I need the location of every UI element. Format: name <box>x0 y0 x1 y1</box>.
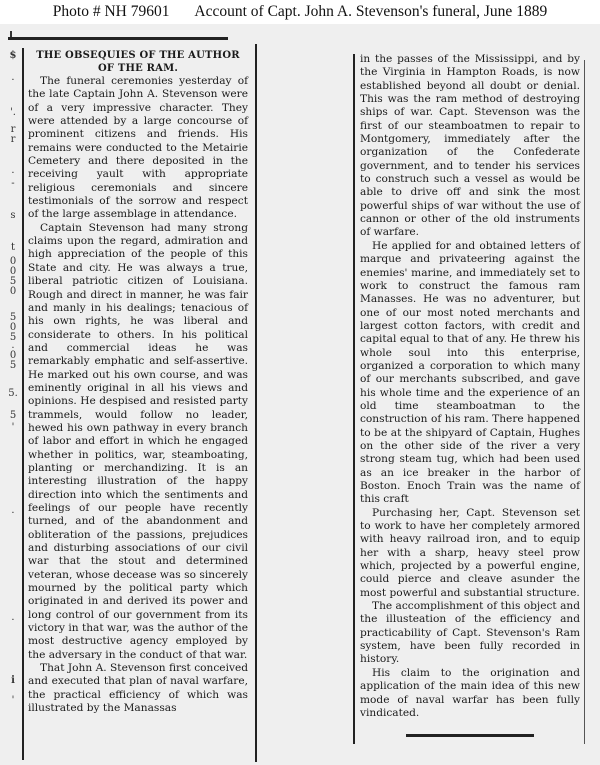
article-left-column: THE OBSEQUIES OF THE AUTHOR OF THE RAM. … <box>28 49 248 716</box>
article-paragraph: That John A. Stevenson first conceived a… <box>28 662 248 715</box>
article-paragraph: Purchasing her, Capt. Stevenson set to w… <box>360 507 580 600</box>
margin-mark: 5 <box>6 360 20 372</box>
photo-label: Photo # <box>53 3 101 20</box>
article-paragraph: He applied for and obtained letters of m… <box>360 240 580 507</box>
article-paragraph: The funeral ceremonies yesterday of the … <box>28 75 248 222</box>
photo-caption: Photo # NH 79601 Account of Capt. John A… <box>0 0 600 24</box>
left-column-rule-left <box>22 48 24 760</box>
article-paragraph: The accomplishment of this object and th… <box>360 600 580 667</box>
top-rule-tick <box>10 31 12 37</box>
article-right-column: in the passes of the Mississippi, and by… <box>360 53 580 720</box>
margin-mark: 0 <box>6 286 20 298</box>
margin-mark: 5. <box>6 388 20 400</box>
right-column-rule-left <box>353 54 355 744</box>
photo-id: NH 79601 <box>104 3 169 20</box>
margin-mark: t <box>6 242 20 254</box>
article-paragraph: His claim to the origination and applica… <box>360 667 580 720</box>
margin-mark: ' <box>6 695 20 707</box>
article-headline: THE OBSEQUIES OF THE AUTHOR OF THE RAM. <box>28 49 248 75</box>
margin-mark: 5 <box>6 410 20 422</box>
margin-mark: - <box>6 178 20 190</box>
article-paragraph: Captain Stevenson had many strong claims… <box>28 222 248 662</box>
margin-mark: '. <box>6 107 20 119</box>
margin-mark: · <box>6 75 20 87</box>
top-rule-divider <box>8 37 228 40</box>
margin-mark: s <box>6 210 20 222</box>
margin-mark: $ <box>6 50 20 62</box>
margin-mark: ' <box>6 422 20 434</box>
margin-mark: i <box>6 675 20 687</box>
caption-title: Account of Capt. John A. Stevenson's fun… <box>194 3 547 20</box>
margin-mark: · <box>6 615 20 627</box>
article-end-rule <box>406 734 534 737</box>
margin-mark: r <box>6 134 20 146</box>
right-column-rule-right <box>584 60 585 744</box>
article-paragraph: in the passes of the Mississippi, and by… <box>360 53 580 240</box>
left-column-rule-right <box>255 44 257 762</box>
margin-mark: · <box>6 508 20 520</box>
